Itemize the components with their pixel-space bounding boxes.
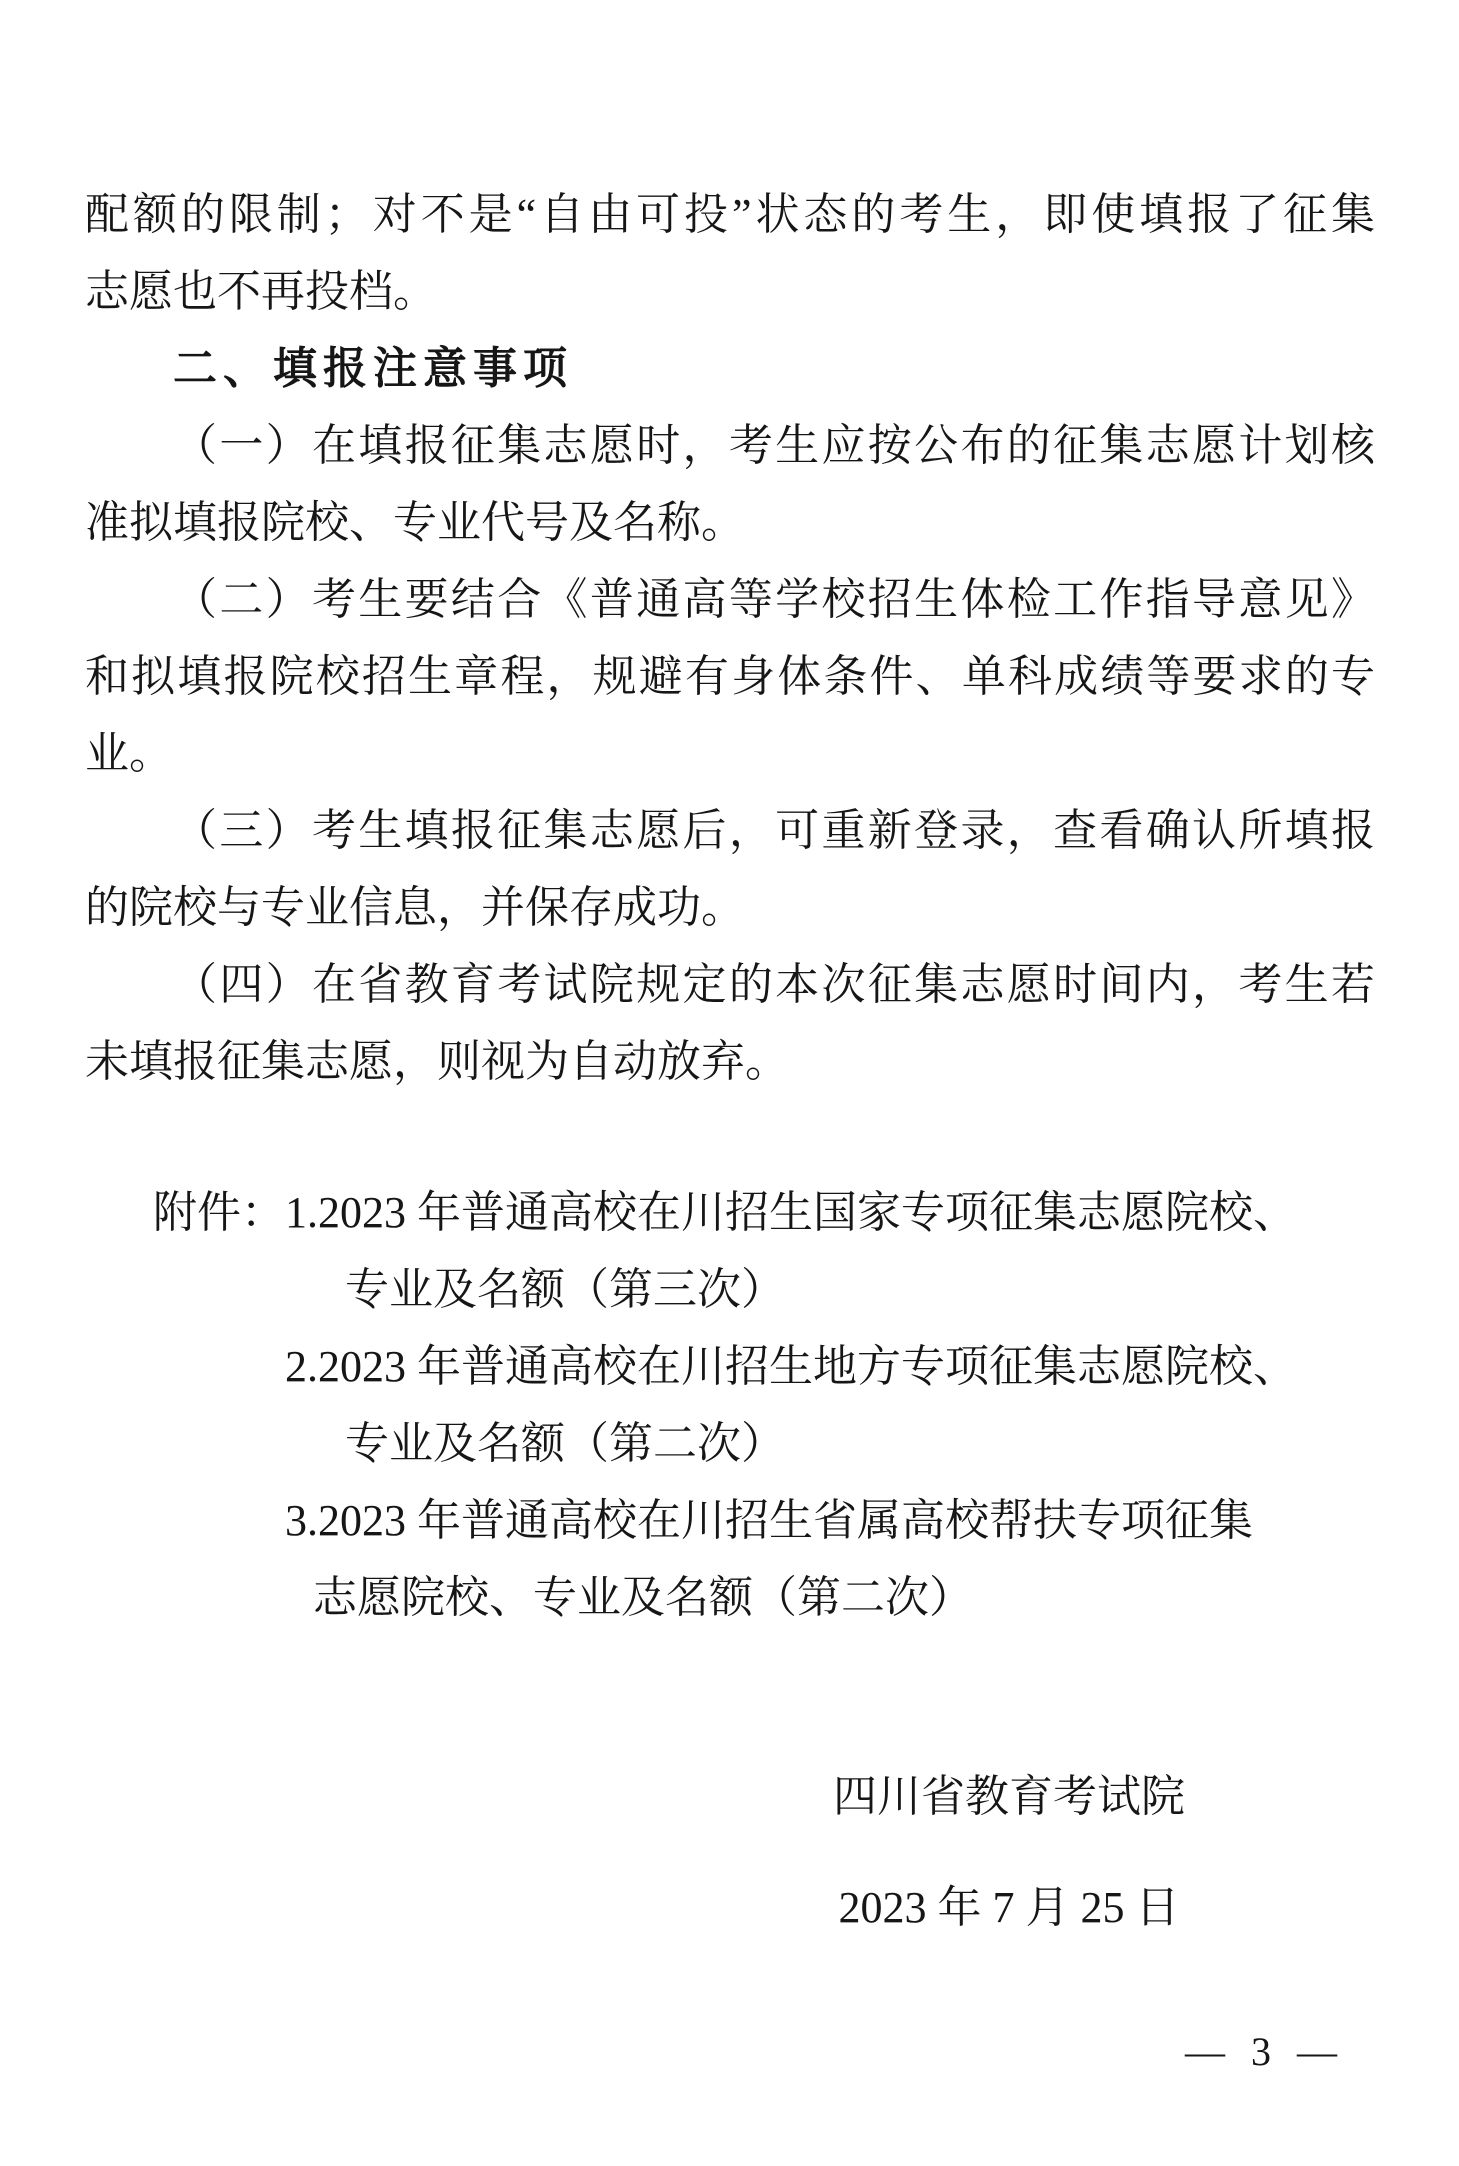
- para-1-line-1: （一）在填报征集志愿时，考生应按公布的征集志愿计划核: [85, 407, 1375, 484]
- attachment-item-2-line-2: 专业及名额（第二次）: [345, 1405, 1375, 1482]
- attachment-item-1-line-1: 1.2023 年普通高校在川招生国家专项征集志愿院校、: [285, 1174, 1297, 1251]
- section-heading: 二、填报注意事项: [85, 330, 1375, 407]
- para-2-line-3: 业。: [85, 715, 1375, 792]
- body-line-continuation-1: 配额的限制；对不是“自由可投”状态的考生，即使填报了征集: [85, 176, 1375, 253]
- para-4-line-1: （四）在省教育考试院规定的本次征集志愿时间内，考生若: [85, 946, 1375, 1023]
- document-page: 配额的限制；对不是“自由可投”状态的考生，即使填报了征集 志愿也不再投档。 二、…: [0, 0, 1459, 2166]
- body-line-continuation-2: 志愿也不再投档。: [85, 253, 1375, 330]
- para-2-line-2: 和拟填报院校招生章程，规避有身体条件、单科成绩等要求的专: [85, 638, 1375, 715]
- signature-date: 2023 年 7 月 25 日: [833, 1869, 1185, 1946]
- para-3-line-1: （三）考生填报征集志愿后，可重新登录，查看确认所填报: [85, 792, 1375, 869]
- para-2-line-1: （二）考生要结合《普通高等学校招生体检工作指导意见》: [85, 561, 1375, 638]
- signature-block: 四川省教育考试院 2023 年 7 月 25 日: [833, 1758, 1185, 1946]
- para-1-line-2: 准拟填报院校、专业代号及名称。: [85, 484, 1375, 561]
- attachment-item-3-line-1: 3.2023 年普通高校在川招生省属高校帮扶专项征集: [285, 1482, 1375, 1559]
- signature-organization: 四川省教育考试院: [833, 1758, 1185, 1835]
- attachments-block: 附件：1.2023 年普通高校在川招生国家专项征集志愿院校、 专业及名额（第三次…: [153, 1174, 1375, 1636]
- para-3-line-2: 的院校与专业信息，并保存成功。: [85, 869, 1375, 946]
- attachment-item-1-line-2: 专业及名额（第三次）: [345, 1251, 1375, 1328]
- attachments-label: 附件：: [153, 1174, 285, 1251]
- attachment-item-2-line-1: 2.2023 年普通高校在川招生地方专项征集志愿院校、: [285, 1328, 1375, 1405]
- attachment-item-3-line-2: 志愿院校、专业及名额（第二次）: [313, 1559, 1375, 1636]
- page-number: — 3 —: [85, 2013, 1375, 2090]
- para-4-line-2: 未填报征集志愿，则视为自动放弃。: [85, 1023, 1375, 1100]
- attachment-item-1-line-1-row: 附件：1.2023 年普通高校在川招生国家专项征集志愿院校、: [153, 1174, 1375, 1251]
